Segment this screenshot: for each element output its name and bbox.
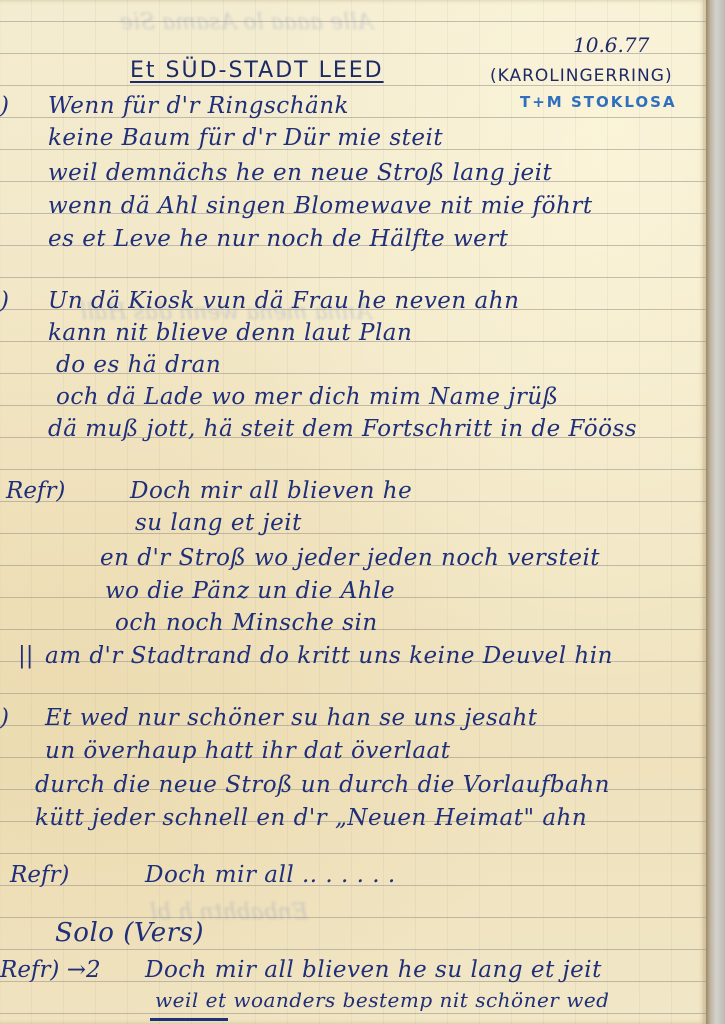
lyric-line: es et Leve he nur noch de Hälfte wert <box>48 226 509 252</box>
lyric-line: Doch mir all blieven he su lang et jeit <box>145 957 602 983</box>
lyric-line: do es hä dran <box>56 352 221 378</box>
song-subtitle: (KAROLINGERRING) <box>490 66 673 86</box>
strikethrough-mark <box>150 1018 228 1021</box>
verse-marker: ) <box>0 288 9 314</box>
lyric-line: wenn dä Ahl singen Blomewave nit mie föh… <box>48 193 593 219</box>
page-edge <box>706 0 725 1024</box>
bleed-through-text: Alle aaaa lo Asama Sie <box>120 10 373 35</box>
lyric-line: kütt jeder schnell en d'r „Neuen Heimat"… <box>35 805 587 831</box>
lyric-line: Doch mir all .. . . . . . <box>145 862 396 888</box>
lyric-line: wo die Pänz un die Ahle <box>105 578 395 604</box>
verse-marker: ) <box>0 705 9 731</box>
refrain-marker: Refr) <box>6 478 65 504</box>
lyric-line: su lang et jeit <box>135 510 302 536</box>
notebook-page: Alle aaaa lo Asama Sie Anna mena wenn da… <box>0 0 706 1024</box>
lyric-line: dä muß jott, hä steit dem Fortschritt in… <box>48 416 637 442</box>
lyric-line: och dä Lade wo mer dich mim Name jrüß <box>56 384 559 410</box>
repeat-marker: || <box>18 643 34 669</box>
refrain-marker: Refr) <box>10 862 69 888</box>
lyric-line: en d'r Stroß wo jeder jeden noch verstei… <box>100 545 600 571</box>
solo-note: Solo (Vers) <box>55 918 204 948</box>
lyric-line: Wenn für d'r Ringschänk <box>48 93 349 119</box>
lyric-line: Doch mir all blieven he <box>130 478 412 504</box>
authors: T+M STOKLOSA <box>520 93 677 111</box>
lyric-line: kann nit blieve denn laut Plan <box>48 320 412 346</box>
song-title: Et SÜD-STADT LEED <box>130 58 384 83</box>
lyric-line: keine Baum für d'r Dür mie steit <box>48 125 443 151</box>
lyric-line: weil et woanders bestemp nit schöner wed <box>155 988 609 1012</box>
date: 10.6.77 <box>573 33 649 57</box>
lyric-line: am d'r Stadtrand do kritt uns keine Deuv… <box>45 643 613 669</box>
verse-marker: ) <box>0 93 9 119</box>
refrain-marker: Refr) →2 <box>0 957 101 983</box>
lyric-line: un överhaup hatt ihr dat överlaat <box>45 738 451 764</box>
lyric-line: och noch Minsche sin <box>115 610 378 636</box>
lyric-line: weil demnächs he en neue Stroß lang jeit <box>48 160 552 186</box>
lyric-line: Un dä Kiosk vun dä Frau he neven ahn <box>48 288 519 314</box>
lyric-line: durch die neue Stroß un durch die Vorlau… <box>35 772 610 798</box>
lyric-line: Et wed nur schöner su han se uns jesaht <box>45 705 538 731</box>
